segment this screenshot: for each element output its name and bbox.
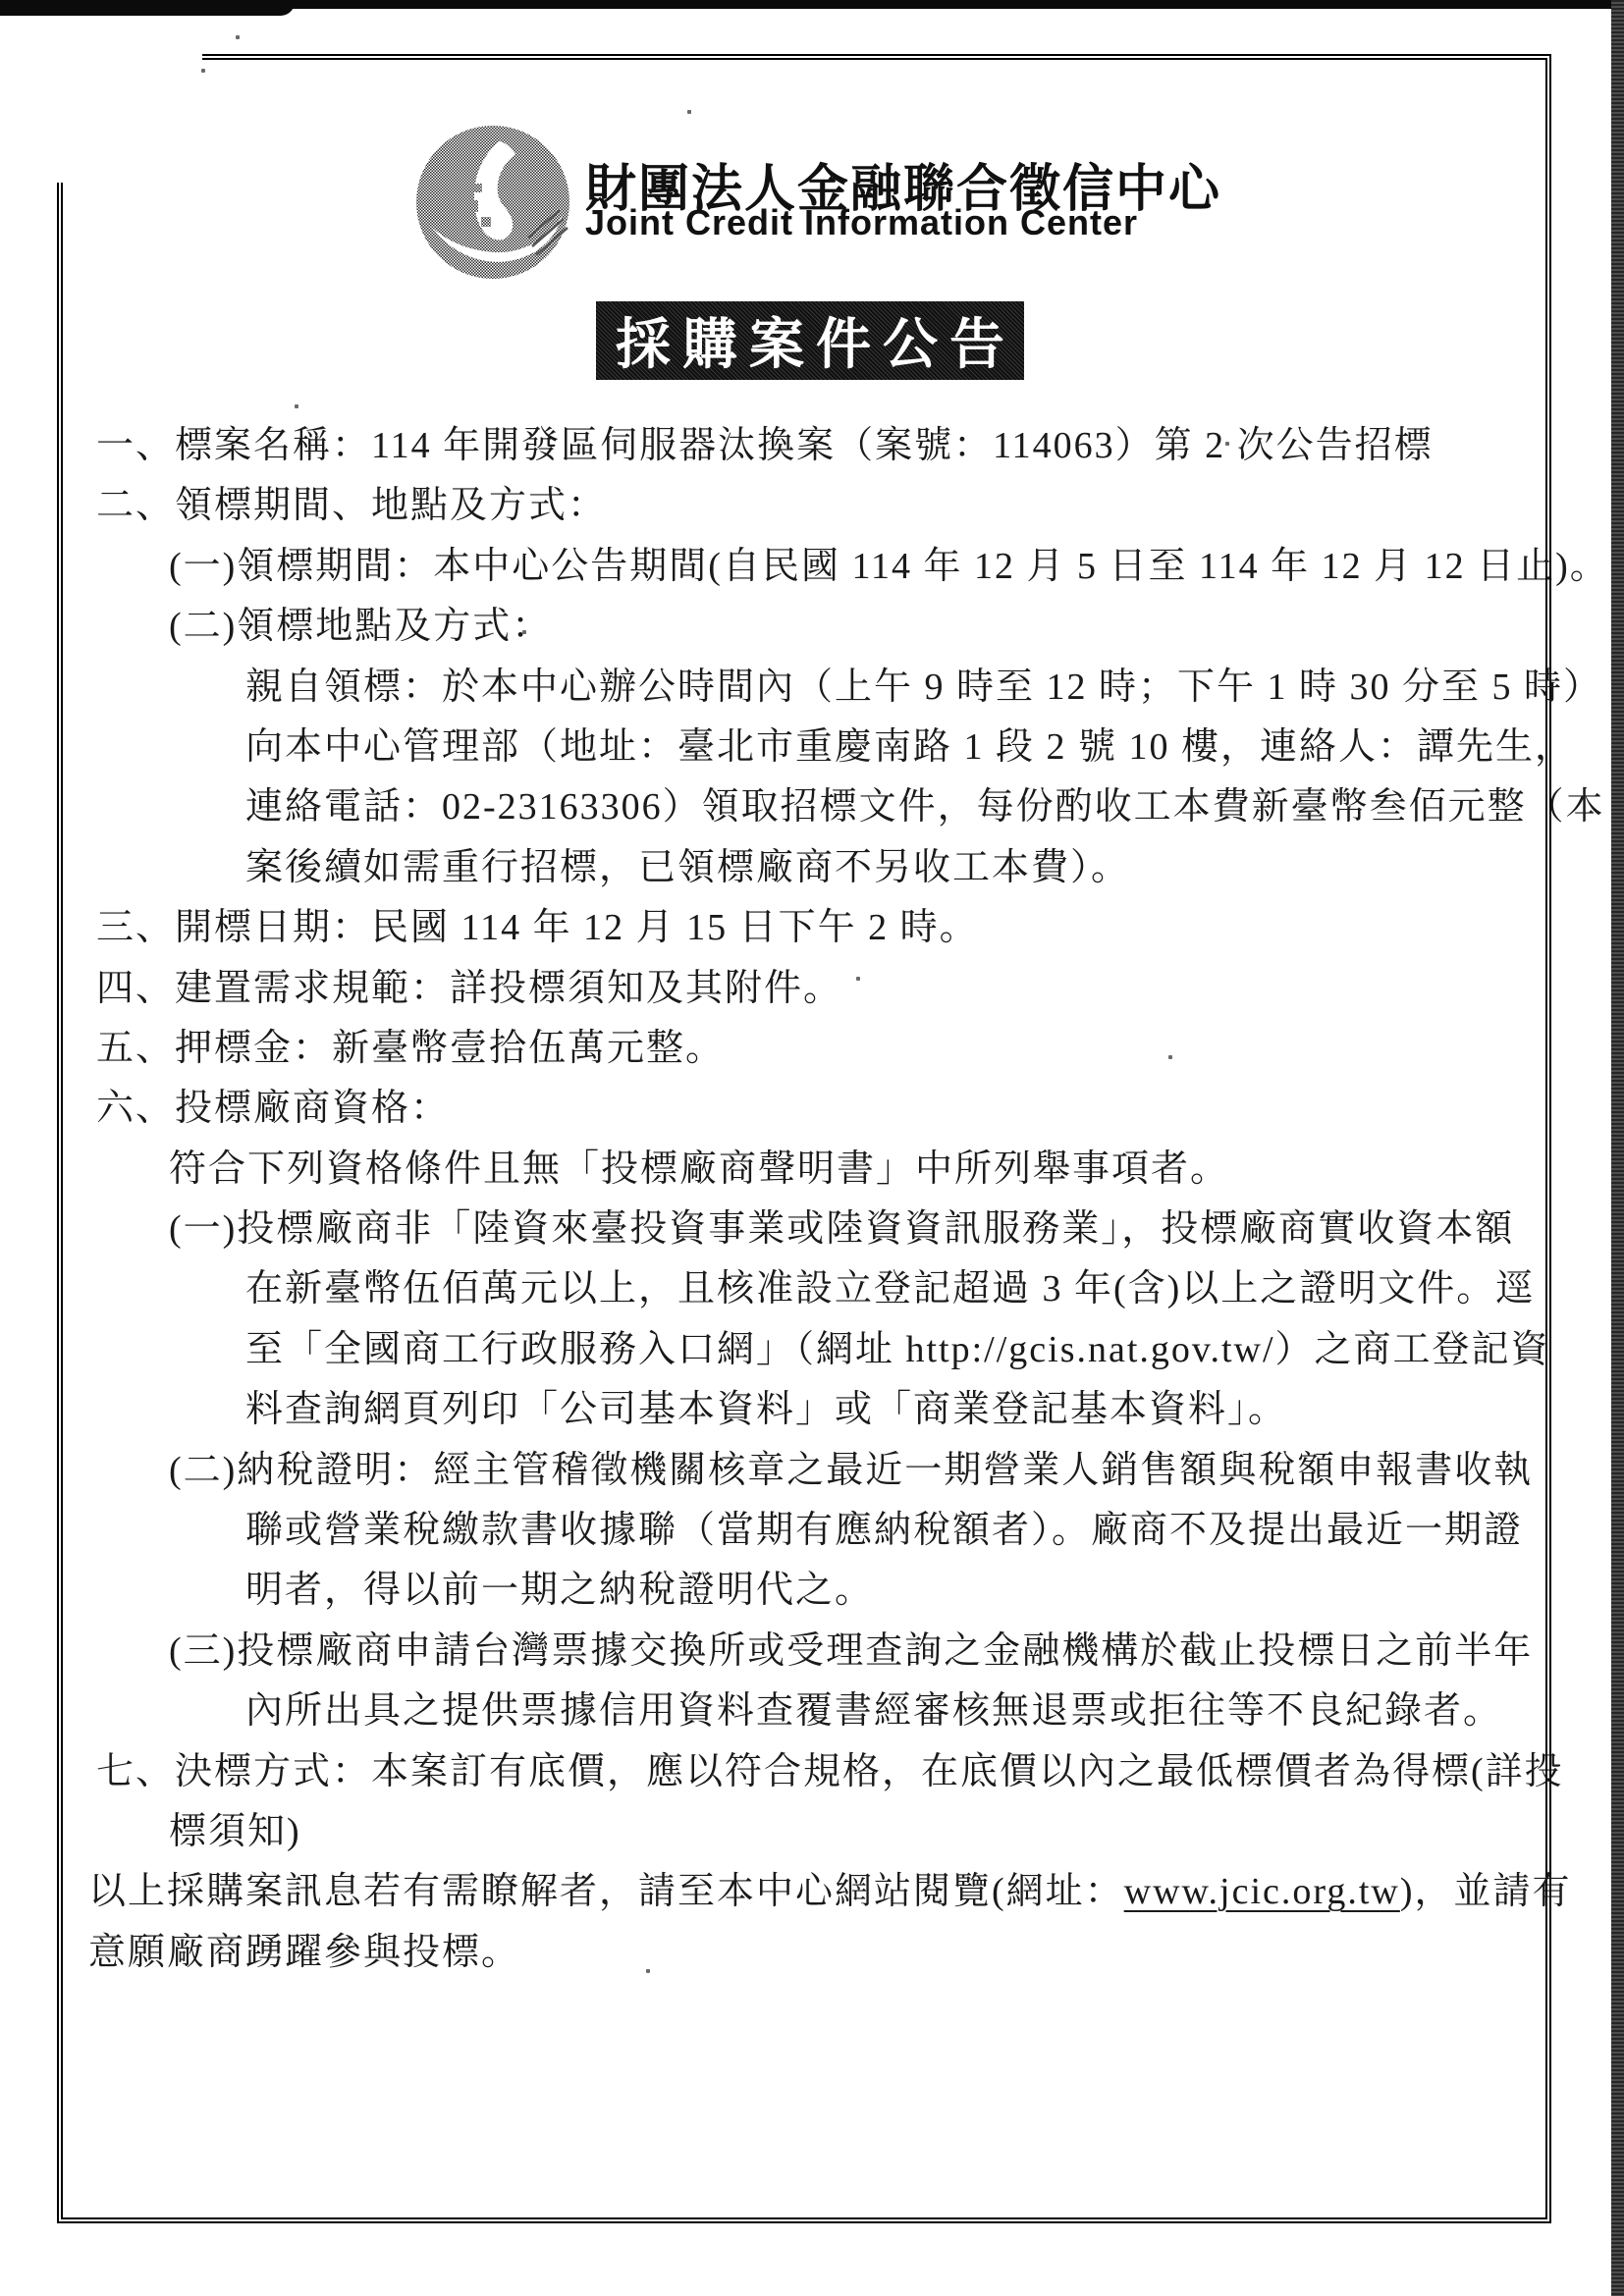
scan-fade-patch-left xyxy=(53,67,69,183)
body-line: 聯或營業稅繳款書收據聯（當期有應納稅額者）。廠商不及提出最近一期證 xyxy=(0,1501,1624,1561)
body-line: 三、開標日期：民國 114 年 12 月 15 日下午 2 時。 xyxy=(0,898,1624,958)
body-line: (二)領標地點及方式： xyxy=(0,597,1624,657)
body-line: (二)納稅證明：經主管稽徵機關核章之最近一期營業人銷售額與稅額申報書收執 xyxy=(0,1441,1624,1501)
banner-title: 採購案件公告 xyxy=(604,301,1016,380)
body-line: 至「全國商工行政服務入口網」（網址 http://gcis.nat.gov.tw… xyxy=(0,1320,1624,1380)
body-line: 一、標案名稱：114 年開發區伺服器汰換案（案號：114063）第 2 次公告招… xyxy=(0,416,1624,476)
scan-artifact-top-left-blob xyxy=(0,0,295,16)
body-line: (一)投標廠商非「陸資來臺投資事業或陸資資訊服務業」，投標廠商實收資本額 xyxy=(0,1200,1624,1259)
body-line: 四、建置需求規範：詳投標須知及其附件。 xyxy=(0,959,1624,1019)
body-line: 料查詢網頁列印「公司基本資料」或「商業登記基本資料」。 xyxy=(0,1380,1624,1440)
body-line: 七、決標方式：本案訂有底價，應以符合規格，在底價以內之最低標價者為得標(詳投 xyxy=(0,1742,1624,1802)
body-line: 符合下列資格條件且無「投標廠商聲明書」中所列舉事項者。 xyxy=(0,1140,1624,1200)
procurement-banner: 採購案件公告 xyxy=(596,301,1024,380)
jcic-logo-mark xyxy=(412,122,573,283)
body-line: 向本中心管理部（地址：臺北市重慶南路 1 段 2 號 10 樓，連絡人：譚先生， xyxy=(0,718,1624,777)
body-line: 連絡電話：02-23163306）領取招標文件，每份酌收工本費新臺幣叁佰元整（本 xyxy=(0,777,1624,837)
body-line: 六、投標廠商資格： xyxy=(0,1079,1624,1139)
body-line: 二、領標期間、地點及方式： xyxy=(0,476,1624,536)
jcic-website-url: www.jcic.org.tw xyxy=(1124,1871,1400,1912)
jcic-logo xyxy=(412,122,573,283)
closing-line-2: 意願廠商踴躍參與投標。 xyxy=(0,1923,1624,1983)
closing-line-1: 以上採購案訊息若有需瞭解者，請至本中心網站閱覽(網址：www.jcic.org.… xyxy=(0,1862,1624,1922)
body-line: 在新臺幣伍佰萬元以上，且核准設立登記超過 3 年(含)以上之證明文件。逕 xyxy=(0,1259,1624,1319)
body-line: 標須知) xyxy=(0,1802,1624,1862)
body-line: (一)領標期間：本中心公告期間(自民國 114 年 12 月 5 日至 114 … xyxy=(0,537,1624,597)
closing-text-after: )，並請有 xyxy=(1400,1871,1572,1912)
body-line: (三)投標廠商申請台灣票據交換所或受理查詢之金融機構於截止投標日之前半年 xyxy=(0,1622,1624,1682)
body-line: 內所出具之提供票據信用資料查覆書經審核無退票或拒往等不良紀錄者。 xyxy=(0,1682,1624,1741)
body-line: 案後續如需重行招標，已領標廠商不另收工本費）。 xyxy=(0,838,1624,898)
document-body: 一、標案名稱：114 年開發區伺服器汰換案（案號：114063）第 2 次公告招… xyxy=(0,416,1624,1983)
body-line: 五、押標金：新臺幣壹拾伍萬元整。 xyxy=(0,1019,1624,1079)
closing-text-before: 以上採購案訊息若有需瞭解者，請至本中心網站閱覽(網址： xyxy=(88,1871,1124,1912)
body-line: 明者，得以前一期之納稅證明代之。 xyxy=(0,1561,1624,1621)
scan-fade-patch-top xyxy=(53,49,202,69)
scanned-procurement-announcement: 財團法人金融聯合徵信中心 Joint Credit Information Ce… xyxy=(0,0,1624,2296)
body-line: 親自領標：於本中心辦公時間內（上午 9 時至 12 時；下午 1 時 30 分至… xyxy=(0,658,1624,718)
org-name-english: Joint Credit Information Center xyxy=(585,202,1138,243)
scan-noise-dot xyxy=(236,35,240,39)
